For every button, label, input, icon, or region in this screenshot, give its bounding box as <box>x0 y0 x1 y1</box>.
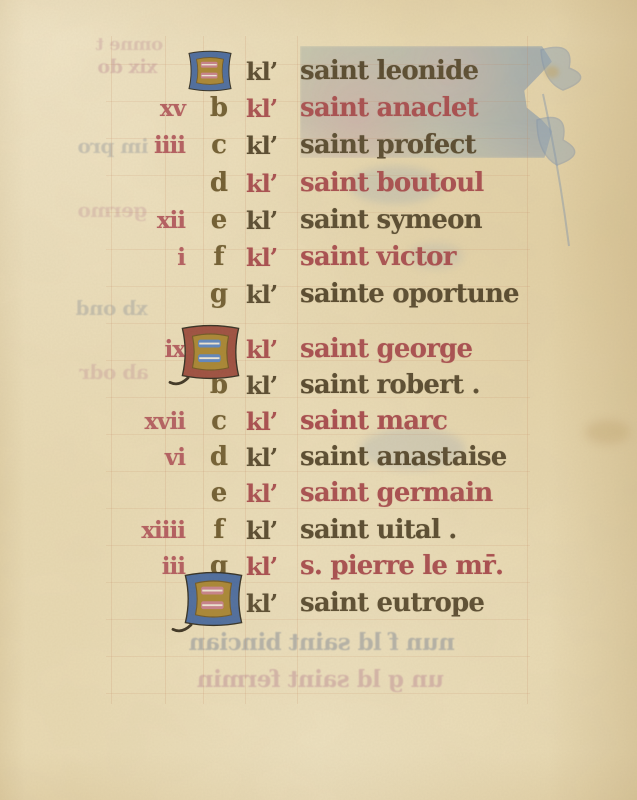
calendar-row: iiii c kl’ saint profect <box>0 127 637 164</box>
dominical-letter: c <box>202 127 236 164</box>
kalends-abbreviation: kl’ <box>246 512 277 549</box>
dominical-letter: b <box>202 90 236 127</box>
feast-name: saint anastaise <box>300 439 506 476</box>
calendar-row: b kl’ saint robert . <box>0 367 637 404</box>
dominical-letter: g <box>202 276 236 313</box>
kalends-abbreviation: kl’ <box>246 403 277 440</box>
feast-name: saint germain <box>300 475 492 512</box>
calendar-row: vi d kl’ saint anastaise <box>0 439 637 476</box>
calendar-row: i f kl’ saint victor <box>0 239 637 276</box>
dominical-letter: d <box>202 439 236 476</box>
calendar-row: xvii c kl’ saint marc <box>0 403 637 440</box>
dominical-letter: e <box>202 475 236 512</box>
ruling-line-horizontal <box>106 656 530 657</box>
dominical-letter: f <box>202 239 236 276</box>
showthrough-text-line: un g ld saint fermin <box>94 666 444 693</box>
dominical-letter: d <box>202 165 236 202</box>
kalends-abbreviation: kl’ <box>246 548 277 585</box>
calendar-row: kl’ saint eutrope <box>0 585 637 622</box>
kalends-abbreviation: kl’ <box>246 367 277 404</box>
golden-number: xiiii <box>100 512 185 549</box>
golden-number: xvii <box>100 403 185 440</box>
dominical-letter: e <box>202 202 236 239</box>
golden-number: iiii <box>100 127 185 164</box>
kalends-abbreviation: kl’ <box>246 585 277 622</box>
feast-name: saint boutoul <box>300 165 483 202</box>
kalends-abbreviation: kl’ <box>246 331 277 368</box>
kalends-abbreviation: kl’ <box>246 53 277 90</box>
ruling-line-horizontal <box>106 693 530 694</box>
kalends-abbreviation: kl’ <box>246 475 277 512</box>
golden-number: xv <box>100 90 185 127</box>
kalends-abbreviation: kl’ <box>246 276 277 313</box>
dominical-letter: f <box>202 512 236 549</box>
kalends-abbreviation: kl’ <box>246 439 277 476</box>
calendar-row: kl’ saint leonide <box>0 53 637 90</box>
feast-name: saint leonide <box>300 53 478 90</box>
kalends-abbreviation: kl’ <box>246 239 277 276</box>
golden-number: ix <box>100 331 185 368</box>
calendar-row: ix kl’ saint george <box>0 331 637 368</box>
calendar-row: xiiii f kl’ saint uital . <box>0 512 637 549</box>
showthrough-text: omne t <box>96 34 163 55</box>
showthrough-text-line: nun f ld saint bincian <box>98 629 455 656</box>
feast-name: saint uital . <box>300 512 457 549</box>
feast-name: saint victor <box>300 239 456 276</box>
feast-name: saint robert . <box>300 367 480 404</box>
kalends-abbreviation: kl’ <box>246 165 277 202</box>
kalends-abbreviation: kl’ <box>246 202 277 239</box>
feast-name: saint profect <box>300 127 476 164</box>
feast-name: saint marc <box>300 403 447 440</box>
golden-number: iii <box>100 548 185 585</box>
ruling-line-horizontal <box>106 323 530 324</box>
dominical-letter: c <box>202 403 236 440</box>
feast-name: sainte oportune <box>300 276 519 313</box>
feast-name: saint symeon <box>300 202 482 239</box>
calendar-row: xv b kl’ saint anaclet <box>0 90 637 127</box>
kalends-abbreviation: kl’ <box>246 127 277 164</box>
golden-number: xii <box>100 202 185 239</box>
dominical-letter: g <box>202 548 236 585</box>
feast-name: saint anaclet <box>300 90 478 127</box>
dominical-letter: b <box>202 367 236 404</box>
feast-name: s. pierre le mr̄. <box>300 548 503 585</box>
golden-number: vi <box>100 439 185 476</box>
feast-name: saint eutrope <box>300 585 484 622</box>
feast-name: saint george <box>300 331 472 368</box>
calendar-row: xii e kl’ saint symeon <box>0 202 637 239</box>
calendar-row: g kl’ sainte oportune <box>0 276 637 313</box>
calendar-row: d kl’ saint boutoul <box>0 165 637 202</box>
calendar-row: e kl’ saint germain <box>0 475 637 512</box>
manuscript-page: omne t xix do im pro germo xb ond ab odr… <box>0 0 637 800</box>
calendar-row: iii g kl’ s. pierre le mr̄. <box>0 548 637 585</box>
golden-number: i <box>100 239 185 276</box>
kalends-abbreviation: kl’ <box>246 90 277 127</box>
